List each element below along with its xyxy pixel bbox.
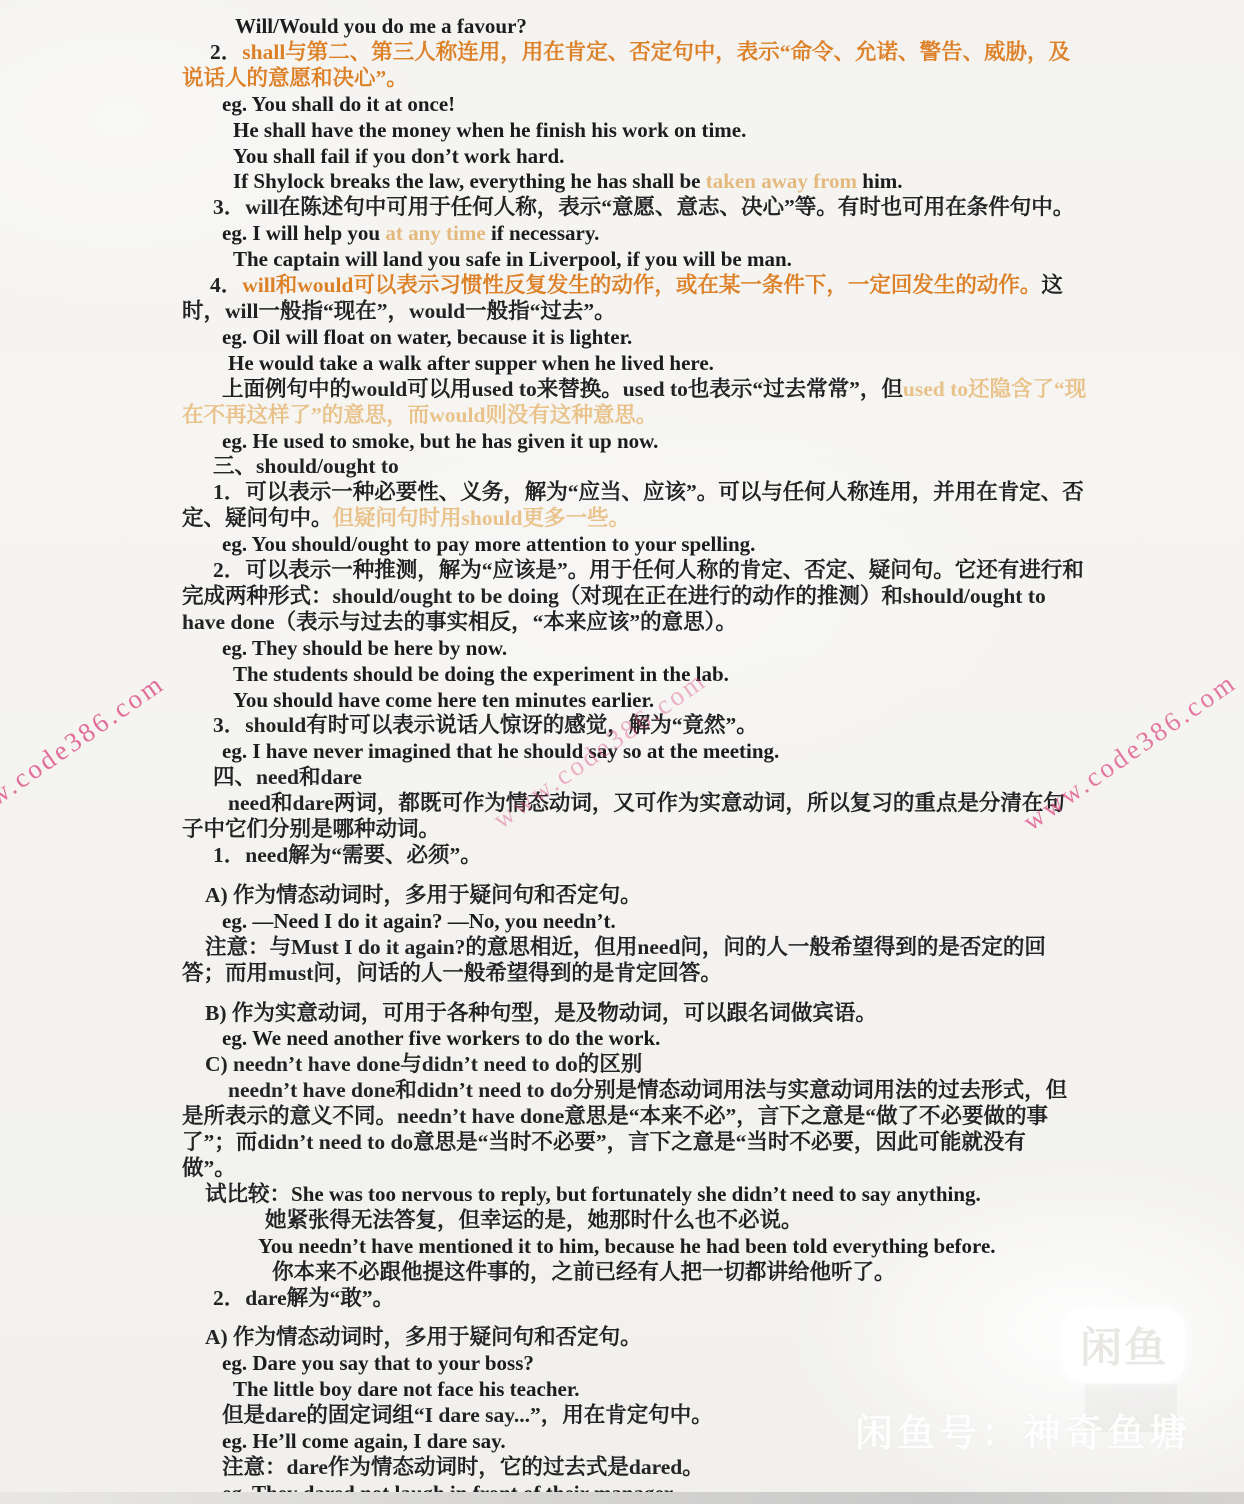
text-segment: 了”；而didn’t need to do意思是“当时不必要”，言下之意是“当时… xyxy=(182,1130,1026,1154)
text-segment: 做”。 xyxy=(182,1156,236,1180)
document-line: need和dare两词，都既可作为情态动词，又可作为实意动词，所以复习的重点是分… xyxy=(182,791,1088,817)
text-segment: 是所表示的意义不同。needn’t have done意思是“本来不必”，言下之… xyxy=(182,1104,1048,1128)
text-segment: eg. You should/ought to pay more attenti… xyxy=(222,532,755,556)
document-line: You should have come here ten minutes ea… xyxy=(182,688,1088,714)
text-segment: eg. They should be here by now. xyxy=(222,636,507,660)
document-line: 4．will和would可以表示习惯性反复发生的动作，或在某一条件下，一定回发生… xyxy=(182,273,1088,299)
document-line: eg. I will help you at any time if neces… xyxy=(182,221,1088,247)
document-line: 四、need和dare xyxy=(182,765,1088,791)
text-segment: 注意：dare作为情态动词时，它的过去式是dared。 xyxy=(222,1455,704,1479)
text-segment: 定、疑问句中。 xyxy=(182,506,333,530)
text-segment: will和would可以表示习惯性反复发生的动作，或在某一条件下，一定回发生的动… xyxy=(242,273,1041,297)
document-line: He would take a walk after supper when h… xyxy=(182,351,1088,377)
text-segment: 四、need和dare xyxy=(213,765,362,789)
text-segment: need和dare两词，都既可作为情态动词，又可作为实意动词，所以复习的重点是分… xyxy=(228,791,1065,815)
text-segment: 2．可以表示一种推测，解为“应该是”。用于任何人称的肯定、否定、疑问句。它还有进… xyxy=(213,558,1084,582)
document-line: C) needn’t have done与didn’t need to do的区… xyxy=(182,1052,1088,1078)
text-segment: 你本来不必跟他提这件事的，之前已经有人把一切都讲给他听了。 xyxy=(272,1260,896,1284)
document-line: 2．可以表示一种推测，解为“应该是”。用于任何人称的肯定、否定、疑问句。它还有进… xyxy=(182,558,1088,584)
document-line: 1．need解为“需要、必须”。 xyxy=(182,843,1088,869)
text-segment: If Shylock breaks the law, everything he… xyxy=(233,169,706,193)
document-line: 上面例句中的would可以用used to来替换。used to也表示“过去常常… xyxy=(182,377,1088,403)
photo-bottom-edge xyxy=(0,1492,1244,1504)
document-line: 2．dare解为“敢”。 xyxy=(182,1286,1088,1312)
xianyu-logo: 闲鱼 xyxy=(1063,1308,1185,1382)
document-line: eg. You shall do it at once! xyxy=(182,92,1088,118)
document-line: 1．可以表示一种必要性、义务，解为“应当、应该”。可以与任何人称连用，并用在肯定… xyxy=(182,480,1088,506)
text-segment: Will/Would you do me a favour? xyxy=(235,14,527,38)
text-segment: needn’t have done和didn’t need to do分别是情态… xyxy=(228,1078,1067,1102)
document-line: 了”；而didn’t need to do意思是“当时不必要”，言下之意是“当时… xyxy=(182,1130,1088,1156)
document-page: Will/Would you do me a favour?2．shall与第二… xyxy=(0,0,1244,1504)
text-segment: He would take a walk after supper when h… xyxy=(228,351,714,375)
text-segment: 1．need解为“需要、必须”。 xyxy=(213,843,482,867)
document-line: 注意：与Must I do it again?的意思相近，但用need问，问的人… xyxy=(182,935,1088,961)
text-segment: him. xyxy=(857,169,903,193)
document-line: 说话人的意愿和决心”。 xyxy=(182,66,1088,92)
watermark-left: www.code386.com xyxy=(0,668,171,839)
text-segment: 答；而用must问，问话的人一般希望得到的是肯定回答。 xyxy=(182,961,722,985)
document-line: If Shylock breaks the law, everything he… xyxy=(182,169,1088,195)
text-segment: used to还隐含了“现 xyxy=(903,377,1086,401)
document-line: needn’t have done和didn’t need to do分别是情态… xyxy=(182,1078,1088,1104)
text-segment: 子中它们分别是哪种动词。 xyxy=(182,817,440,841)
document-line: 注意：dare作为情态动词时，它的过去式是dared。 xyxy=(182,1455,1088,1481)
text-segment: eg. Dare you say that to your boss? xyxy=(222,1351,534,1375)
text-segment: The students should be doing the experim… xyxy=(233,662,729,686)
document-line: A) 作为情态动词时，多用于疑问句和否定句。 xyxy=(182,883,1088,909)
text-segment: 时，will一般指“现在”，would一般指“过去”。 xyxy=(182,299,616,323)
text-segment: 注意：与Must I do it again?的意思相近，但用need问，问的人… xyxy=(205,935,1046,959)
document-line: eg. Oil will float on water, because it … xyxy=(182,325,1088,351)
text-segment: 在不再这样了”的意思，而would则没有这种意思。 xyxy=(182,403,657,427)
document-line: 定、疑问句中。但疑问句时用should更多一些。 xyxy=(182,506,1088,532)
text-segment: if necessary. xyxy=(486,221,600,245)
text-segment: eg. —Need I do it again? —No, you needn’… xyxy=(222,909,616,933)
document-line: He shall have the money when he finish h… xyxy=(182,118,1088,144)
text-segment: He shall have the money when he finish h… xyxy=(233,118,746,142)
text-segment: B) 作为实意动词，可用于各种句型，是及物动词，可以跟名词做宾语。 xyxy=(205,1001,877,1025)
text-segment: eg. I have never imagined that he should… xyxy=(222,739,779,763)
text-segment: 2．dare解为“敢”。 xyxy=(213,1286,394,1310)
text-segment: eg. Oil will float on water, because it … xyxy=(222,325,632,349)
text-segment: 但是dare的固定词组“I dare say...”，用在肯定句中。 xyxy=(222,1403,713,1427)
document-line: 答；而用must问，问话的人一般希望得到的是肯定回答。 xyxy=(182,961,1088,987)
document-line: The little boy dare not face his teacher… xyxy=(182,1377,1088,1403)
document-line: 三、should/ought to xyxy=(182,454,1088,480)
document-line: 3．will在陈述句中可用于任何人称，表示“意愿、意志、决心”等。有时也可用在条… xyxy=(182,195,1088,221)
document-line: have done（表示与过去的事实相反，“本来应该”的意思）。 xyxy=(182,610,1088,636)
document-line: 2．shall与第二、第三人称连用，用在肯定、否定句中，表示“命令、允诺、警告、… xyxy=(182,40,1088,66)
document-line: A) 作为情态动词时，多用于疑问句和否定句。 xyxy=(182,1325,1088,1351)
document-line: 在不再这样了”的意思，而would则没有这种意思。 xyxy=(182,403,1088,429)
text-segment: 三、should/ought to xyxy=(213,454,399,478)
text-segment: The captain will land you safe in Liverp… xyxy=(233,247,792,271)
document-line: eg. You should/ought to pay more attenti… xyxy=(182,532,1088,558)
document-line: 试比较：She was too nervous to reply, but fo… xyxy=(182,1182,1088,1208)
text-segment: You should have come here ten minutes ea… xyxy=(233,688,654,712)
text-segment: eg. We need another five workers to do t… xyxy=(222,1026,660,1050)
document-line: The captain will land you safe in Liverp… xyxy=(182,247,1088,273)
document-line: 完成两种形式：should/ought to be doing（对现在正在进行的… xyxy=(182,584,1088,610)
document-line: 是所表示的意义不同。needn’t have done意思是“本来不必”，言下之… xyxy=(182,1104,1088,1130)
text-segment: 完成两种形式：should/ought to be doing（对现在正在进行的… xyxy=(182,584,1046,608)
text-segment: 但疑问句时用should更多一些。 xyxy=(333,506,630,530)
document-line: 你本来不必跟他提这件事的，之前已经有人把一切都讲给他听了。 xyxy=(182,1260,1088,1286)
text-segment: at any time xyxy=(385,221,485,245)
text-segment: eg. He used to smoke, but he has given i… xyxy=(222,429,658,453)
document-line: 3．should有时可以表示说话人惊讶的感觉，解为“竟然”。 xyxy=(182,713,1088,739)
text-segment: 说话人的意愿和决心”。 xyxy=(182,66,408,90)
text-segment: 3．will在陈述句中可用于任何人称，表示“意愿、意志、决心”等。有时也可用在条… xyxy=(213,195,1074,219)
text-segment: shall与第二、第三人称连用，用在肯定、否定句中，表示“命令、允诺、警告、威胁… xyxy=(242,40,1070,64)
document-line: eg. We need another five workers to do t… xyxy=(182,1026,1088,1052)
document-line: eg. They should be here by now. xyxy=(182,636,1088,662)
text-segment: 试比较： xyxy=(205,1182,291,1206)
text-segment: The little boy dare not face his teacher… xyxy=(233,1377,579,1401)
text-segment: She was too nervous to reply, but fortun… xyxy=(291,1182,981,1206)
text-segment: eg. He’ll come again, I dare say. xyxy=(222,1429,506,1453)
document-line: eg. —Need I do it again? —No, you needn’… xyxy=(182,909,1088,935)
text-segment: taken away from xyxy=(706,169,857,193)
document-line: B) 作为实意动词，可用于各种句型，是及物动词，可以跟名词做宾语。 xyxy=(182,1001,1088,1027)
text-segment: C) needn’t have done与didn’t need to do的区… xyxy=(205,1052,642,1076)
text-segment: 3．should有时可以表示说话人惊讶的感觉，解为“竟然”。 xyxy=(213,713,758,737)
text-segment: You needn’t have mentioned it to him, be… xyxy=(258,1234,996,1258)
document-line: 时，will一般指“现在”，would一般指“过去”。 xyxy=(182,299,1088,325)
document-line: eg. Dare you say that to your boss? xyxy=(182,1351,1088,1377)
xianyu-logo-icon: 闲鱼 xyxy=(1080,1315,1168,1375)
text-segment: eg. I will help you xyxy=(222,221,385,245)
document-line: eg. I have never imagined that he should… xyxy=(182,739,1088,765)
text-segment: 这 xyxy=(1041,273,1063,297)
text-segment: 1．可以表示一种必要性、义务，解为“应当、应该”。可以与任何人称连用，并用在肯定… xyxy=(213,480,1084,504)
document-line: 做”。 xyxy=(182,1156,1088,1182)
text-segment: You shall fail if you don’t work hard. xyxy=(233,144,564,168)
text-segment: 4． xyxy=(210,273,242,297)
document-line: You needn’t have mentioned it to him, be… xyxy=(182,1234,1088,1260)
text-segment: A) 作为情态动词时，多用于疑问句和否定句。 xyxy=(205,1325,642,1349)
xianyu-account-watermark: 闲鱼号：神奇鱼塘 xyxy=(855,1402,1215,1457)
text-segment: eg. You shall do it at once! xyxy=(222,92,455,116)
document-line: The students should be doing the experim… xyxy=(182,662,1088,688)
document-line: 子中它们分别是哪种动词。 xyxy=(182,817,1088,843)
document-body: Will/Would you do me a favour?2．shall与第二… xyxy=(182,14,1088,1504)
text-segment: have done（表示与过去的事实相反，“本来应该”的意思）。 xyxy=(182,610,737,634)
text-segment: 2． xyxy=(210,40,242,64)
document-line: Will/Would you do me a favour? xyxy=(182,14,1088,40)
document-line: eg. He used to smoke, but he has given i… xyxy=(182,429,1088,455)
text-segment: A) 作为情态动词时，多用于疑问句和否定句。 xyxy=(205,883,642,907)
text-segment: 上面例句中的would可以用used to来替换。used to也表示“过去常常… xyxy=(222,377,903,401)
document-line: You shall fail if you don’t work hard. xyxy=(182,144,1088,170)
document-line: 她紧张得无法答复，但幸运的是，她那时什么也不必说。 xyxy=(182,1208,1088,1234)
text-segment: 她紧张得无法答复，但幸运的是，她那时什么也不必说。 xyxy=(265,1208,803,1232)
